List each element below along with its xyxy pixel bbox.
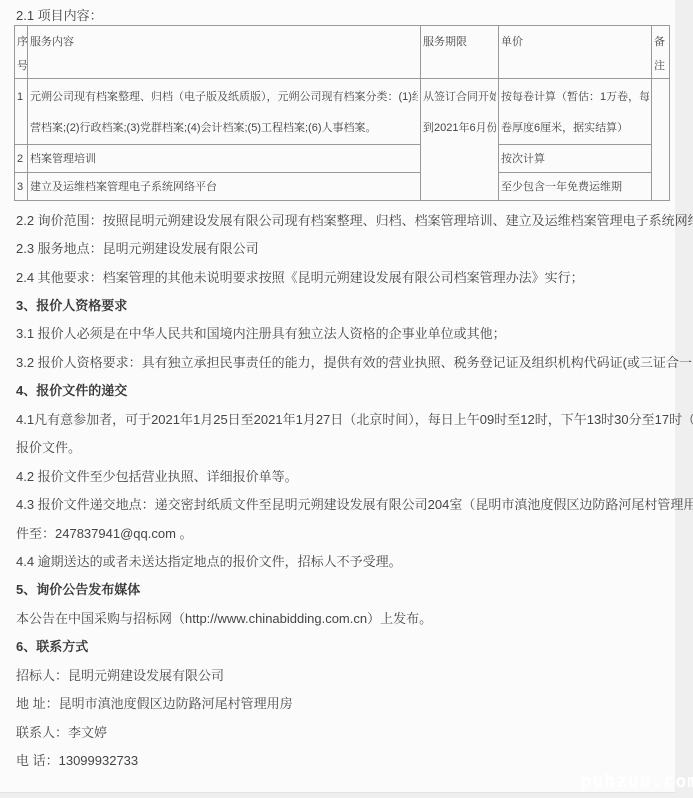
period-line2: 到2021年6月份 [423, 113, 496, 144]
header-cell-service-content: 服务内容 [28, 26, 421, 79]
para-4-4: 4.4 逾期送达的或者未送达指定地点的报价文件，招标人不予受理。 [16, 546, 671, 574]
row1-unit-price: 按每卷计算（暂估：1万卷，每 卷厚度6厘米，据实结算） [499, 79, 652, 145]
header-cell-unit-price: 单价 [499, 26, 652, 79]
row1-price-line2: 卷厚度6厘米，据实结算） [501, 113, 649, 144]
contact-person: 联系人：李文婷 [16, 717, 671, 745]
row2-service-content: 档案管理培训 [28, 145, 421, 173]
remark-cell [652, 79, 670, 201]
section-heading-6: 6、联系方式 [16, 632, 671, 660]
section-heading-2-1: 2.1 项目内容： [16, 5, 103, 24]
table-header-row: 序号 服务内容 服务期限 单价 备注 [15, 26, 670, 79]
para-4-3-line1: 4.3 报价文件递交地点：递交密封纸质文件至昆明元朔建设发展有限公司204室（昆… [16, 489, 671, 517]
period-line1: 从签订合同开始 [423, 82, 496, 113]
row1-content-line1: 元朔公司现有档案整理、归档（电子版及纸质版），元朔公司现有档案分类：(1)经 [30, 82, 418, 113]
para-3-2: 3.2 报价人资格要求：具有独立承担民事责任的能力，提供有效的营业执照、税务登记… [16, 347, 671, 375]
row1-service-content: 元朔公司现有档案整理、归档（电子版及纸质版），元朔公司现有档案分类：(1)经 营… [28, 79, 421, 145]
para-3-1: 3.1 报价人必须是在中华人民共和国境内注册具有独立法人资格的企事业单位或其他； [16, 319, 671, 347]
row3-unit-price: 至少包含一年免费运维期 [499, 173, 652, 201]
header-cell-remark: 备注 [652, 26, 670, 79]
table-row: 2 档案管理培训 按次计算 [15, 145, 670, 173]
contact-address: 地 址：昆明市滇池度假区边防路河尾村管理用房 [16, 688, 671, 716]
section-heading-4: 4、报价文件的递交 [16, 376, 671, 404]
document-body-text: 2.2 询价范围：按照昆明元朔建设发展有限公司现有档案整理、归档、档案管理培训、… [16, 205, 671, 774]
row3-service-content: 建立及运维档案管理电子系统网络平台 [28, 173, 421, 201]
row2-unit-price: 按次计算 [499, 145, 652, 173]
para-2-2: 2.2 询价范围：按照昆明元朔建设发展有限公司现有档案整理、归档、档案管理培训、… [16, 205, 671, 233]
table-row: 1 元朔公司现有档案整理、归档（电子版及纸质版），元朔公司现有档案分类：(1)经… [15, 79, 670, 145]
para-5-publish-url: 本公告在中国采购与招标网（http://www.chinabidding.com… [16, 603, 671, 631]
project-content-table: 序号 服务内容 服务期限 单价 备注 1 元朔公司现有档案整理、归档（电子版及纸… [14, 25, 670, 201]
para-2-3: 2.3 服务地点：昆明元朔建设发展有限公司 [16, 233, 671, 261]
para-2-4: 2.4 其他要求：档案管理的其他未说明要求按照《昆明元朔建设发展有限公司档案管理… [16, 262, 671, 290]
para-4-1-line2: 报价文件。 [16, 433, 671, 461]
header-cell-seq: 序号 [15, 26, 28, 79]
row2-seq: 2 [15, 145, 28, 173]
header-cell-service-period: 服务期限 [421, 26, 499, 79]
row1-price-line1: 按每卷计算（暂估：1万卷，每 [501, 82, 649, 113]
section-heading-3: 3、报价人资格要求 [16, 290, 671, 318]
row1-seq: 1 [15, 79, 28, 145]
site-watermark: puhzuu.com [581, 771, 693, 792]
document-content: 2.1 项目内容： 序号 服务内容 服务期限 单价 备注 1 元朔公司现有档案整… [0, 0, 675, 793]
table-row: 3 建立及运维档案管理电子系统网络平台 至少包含一年免费运维期 [15, 173, 670, 201]
contact-phone: 电 话：13099932733 [16, 745, 671, 773]
para-4-1-line1: 4.1凡有意参加者，可于2021年1月25日至2021年1月27日（北京时间），… [16, 404, 671, 432]
row3-seq: 3 [15, 173, 28, 201]
para-4-2: 4.2 报价文件至少包括营业执照、详细报价单等。 [16, 461, 671, 489]
row1-content-line2: 营档案;(2)行政档案;(3)党群档案;(4)会计档案;(5)工程档案;(6)人… [30, 113, 418, 144]
contact-tenderer: 招标人：昆明元朔建设发展有限公司 [16, 660, 671, 688]
para-4-3-line2-email: 件至：247837941@qq.com 。 [16, 518, 671, 546]
service-period-cell: 从签订合同开始 到2021年6月份 [421, 79, 499, 201]
section-heading-5: 5、询价公告发布媒体 [16, 575, 671, 603]
